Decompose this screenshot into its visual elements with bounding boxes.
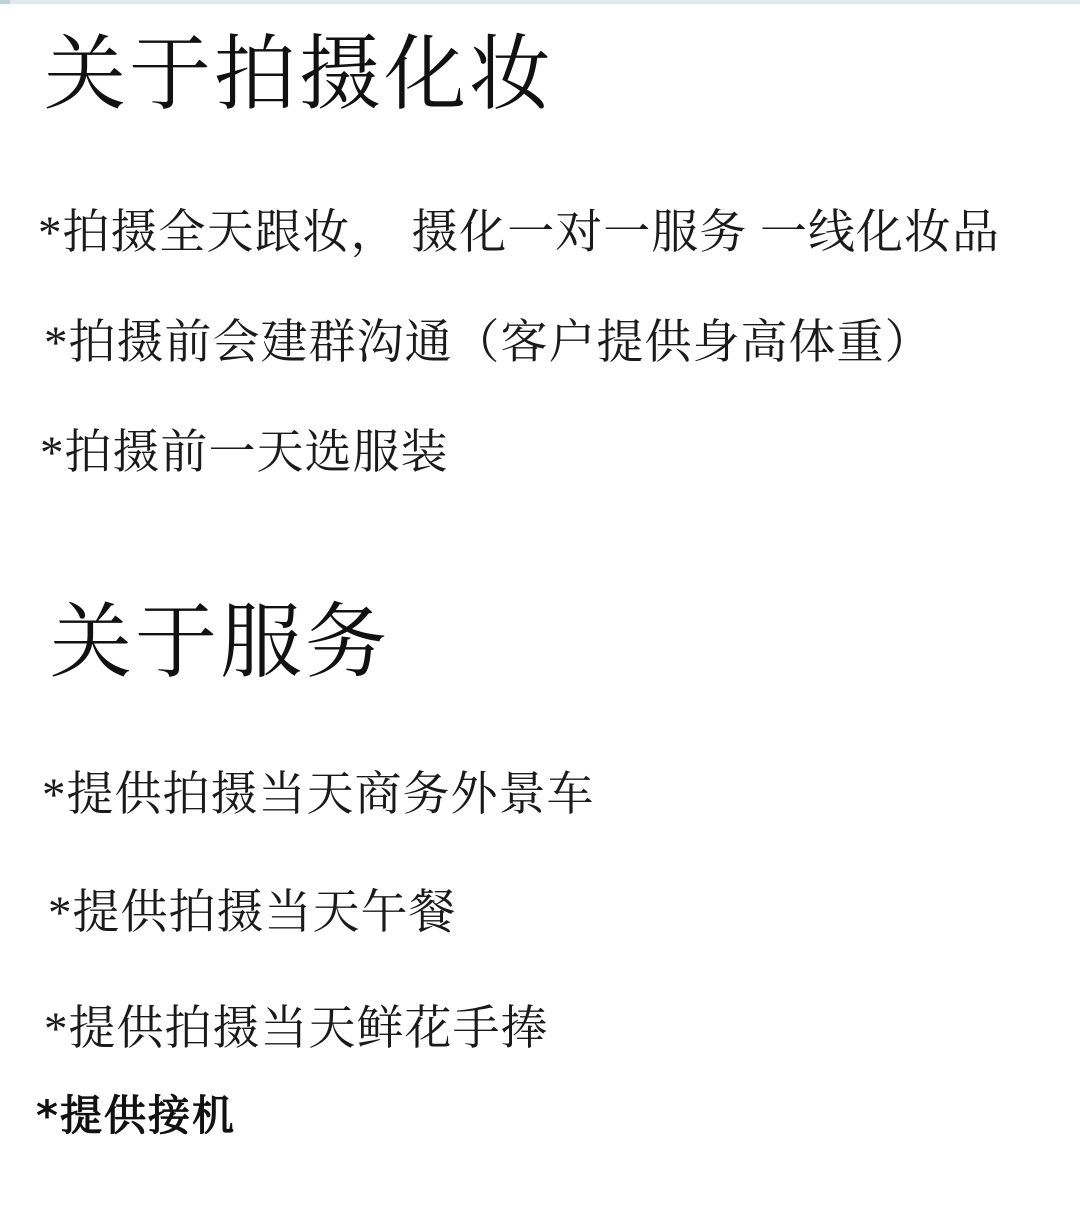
bullet-line-makeup-1: *拍摄全天跟妆， 摄化一对一服务 一线化妆品	[38, 206, 1000, 260]
bullet-line-makeup-3: *拍摄前一天选服装	[40, 426, 449, 480]
bullet-line-service-1: *提供拍摄当天商务外景车	[42, 768, 595, 822]
bullet-line-service-3: *提供拍摄当天鲜花手捧	[44, 1002, 549, 1056]
document-page: 关于拍摄化妆 *拍摄全天跟妆， 摄化一对一服务 一线化妆品 *拍摄前会建群沟通（…	[0, 0, 1080, 1224]
section-heading-service: 关于服务	[50, 596, 390, 690]
note-line-airport-pickup: *提供接机	[36, 1092, 236, 1140]
bullet-line-makeup-2: *拍摄前会建群沟通（客户提供身高体重）	[44, 316, 933, 370]
section-heading-makeup: 关于拍摄化妆	[44, 28, 554, 122]
top-edge-bar-accent	[0, 0, 10, 4]
top-edge-bar	[0, 0, 1080, 4]
bullet-line-service-2: *提供拍摄当天午餐	[48, 886, 457, 940]
